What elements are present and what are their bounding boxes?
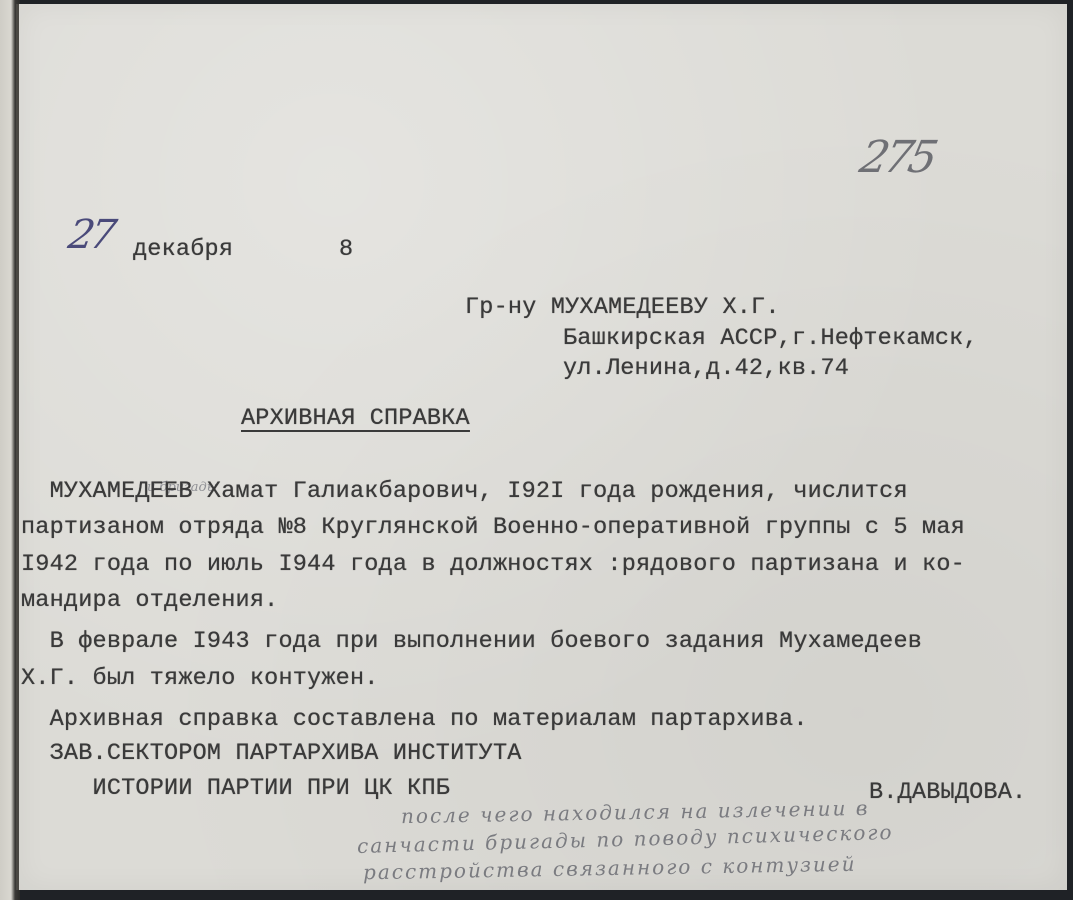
body-line: В феврале I943 года при выполнении боево… (21, 628, 922, 655)
date-year: 8 (339, 236, 353, 263)
recipient-name: Гр-ну МУХАМЕДЕЕВУ Х.Г. (465, 294, 780, 321)
date-day: 27 (65, 212, 116, 258)
body-line: I942 года по июль I944 года в должностях… (21, 551, 965, 578)
recipient-address-1: Башкирская АССР,г.Нефтекамск, (563, 325, 978, 352)
body-line: партизаном отряда №8 Круглянской Военно-… (21, 514, 965, 541)
body-line: МУХАМЕДЕЕВ Хамат Галиакбарович, I92I год… (21, 478, 908, 505)
body-line: Х.Г. был тяжело контужен. (21, 665, 379, 692)
recipient-address-2: ул.Ленина,д.42,кв.74 (563, 355, 849, 382)
sheet-number: 275 (856, 132, 939, 183)
signature-name: В.ДАВЫДОВА. (869, 779, 1026, 806)
body-line: мандира отделения. (21, 587, 278, 614)
document-title: АРХИВНАЯ СПРАВКА (241, 405, 470, 432)
date-month: декабря (133, 236, 233, 263)
signature-position-2: ИСТОРИИ ПАРТИИ ПРИ ЦК КПБ (21, 775, 450, 802)
archival-document-page: 275 27 декабря 8 Гр-ну МУХАМЕДЕЕВУ Х.Г. … (16, 4, 1067, 890)
body-line: Архивная справка составлена по материала… (21, 706, 808, 733)
handwritten-note-line: расстройства связанного с контузией (363, 852, 857, 885)
signature-position-1: ЗАВ.СЕКТОРОМ ПАРТАРХИВА ИНСТИТУТА (21, 740, 522, 767)
